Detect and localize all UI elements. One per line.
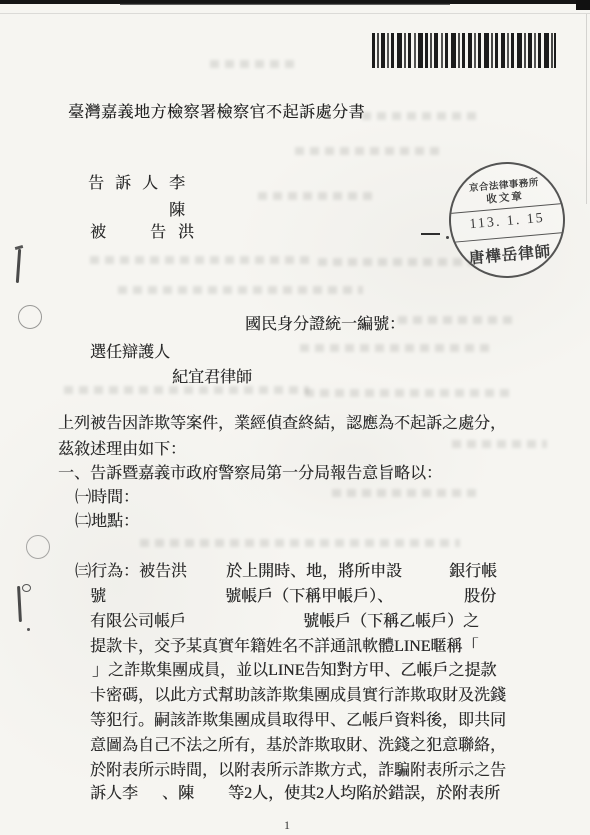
defendant-name: 洪 <box>178 224 194 241</box>
body-line: 卡密碼，以此方式幫助該詐欺集團成員實行詐欺取財及洗錢 <box>90 686 506 705</box>
scan-noise <box>64 386 309 394</box>
body-segment: 號 <box>90 587 106 606</box>
body-line: 上列被告因詐欺等案件，業經偵查終結，認應為不起訴之處分， <box>58 414 506 433</box>
complainant-row-1: 告訴人李 <box>88 174 185 193</box>
barcode <box>372 33 556 68</box>
counsel-label: 選任辯護人 <box>90 343 170 362</box>
scan-corner-mark <box>576 0 590 10</box>
scan-right-line <box>586 14 587 204</box>
scan-noise <box>210 60 300 68</box>
body-segment: 號帳戶（下稱甲帳戶）、 <box>225 587 393 606</box>
scan-noise <box>332 489 482 497</box>
body-line-redacted: 訴人李、陳等2人，使其2人均陷於錯誤，於附表所 <box>90 784 500 803</box>
stamp-date: 113. 1. 15 <box>451 209 564 235</box>
body-segment: 訴人李 <box>90 784 138 803</box>
scan-hairline <box>0 13 590 14</box>
scan-noise <box>362 112 482 120</box>
scan-noise <box>118 286 363 294</box>
body-line: 茲敘述理由如下： <box>58 440 186 459</box>
scan-noise <box>258 192 373 200</box>
page-number: 1 <box>284 818 290 833</box>
margin-pen-mark <box>27 628 30 631</box>
body-segment: 等2人，使其2人均陷於錯誤，於附表所 <box>228 784 500 803</box>
body-segment: 股份 <box>464 587 496 606</box>
body-segment: ㈢行為：被告洪 <box>75 562 187 581</box>
scan-noise <box>90 256 315 264</box>
punch-hole <box>26 535 50 559</box>
body-line-redacted: 號號帳戶（下稱甲帳戶）、股份 <box>90 587 496 606</box>
body-line: 於附表所示時間，以附表所示詐欺方式，詐騙附表所示之告 <box>90 761 506 780</box>
body-line: 」之詐欺集團成員，並以LINE告知對方甲、乙帳戶之提款 <box>92 661 496 680</box>
body-segment: 銀行帳 <box>449 562 497 581</box>
body-line: ㈠時間： <box>75 488 139 507</box>
body-line: 意圖為自己不法之所有，基於詐欺取財、洗錢之犯意聯絡， <box>90 736 506 755</box>
pen-dot-mark <box>446 236 449 239</box>
complainant-name-2: 陳 <box>169 202 185 219</box>
body-segment: 、陳 <box>162 784 194 803</box>
body-line-redacted: ㈢行為：被告洪於上開時、地，將所申設銀行帳 <box>75 562 497 581</box>
body-line: 提款卡，交予某真實年籍姓名不詳通訊軟體LINE暱稱「 <box>90 637 478 656</box>
scan-top-edge-shadow <box>120 3 450 5</box>
margin-pen-mark <box>22 584 31 592</box>
defendant-row: 被告洪 <box>90 223 194 242</box>
body-segment: 號帳戶（下稱乙帳戶）之 <box>303 612 479 631</box>
body-segment: 有限公司帳戶 <box>90 612 186 631</box>
pen-dash-mark <box>421 233 440 235</box>
margin-pen-mark <box>16 249 21 283</box>
scan-noise <box>305 389 510 397</box>
scan-noise <box>300 344 495 352</box>
counsel-name: 紀宜君律師 <box>172 368 252 387</box>
scanned-document-page: 臺灣嘉義地方檢察署檢察官不起訴處分書 告訴人李 陳 被告洪 國民身分證統一編號：… <box>0 0 590 835</box>
complainant-row-2: 陳 <box>169 201 185 220</box>
national-id-label: 國民身分證統一編號： <box>245 315 405 334</box>
scan-noise <box>452 440 547 448</box>
scan-noise <box>295 147 445 155</box>
body-line: 一、告訴暨嘉義市政府警察局第一分局報告意旨略以： <box>58 464 442 483</box>
body-line: 等犯行。嗣該詐欺集團成員取得甲、乙帳戶資料後，即共同 <box>90 711 506 730</box>
scan-noise <box>398 316 518 324</box>
complainant-name-1: 李 <box>169 175 185 192</box>
body-segment: 於上開時、地，將所申設 <box>226 562 402 581</box>
complainant-label: 告訴人 <box>88 175 169 192</box>
body-line-redacted: 有限公司帳戶號帳戶（下稱乙帳戶）之 <box>90 612 479 631</box>
body-line: ㈡地點： <box>75 512 139 531</box>
law-firm-receipt-stamp: 京合法律事務所 收文章 113. 1. 15 唐樺岳律師 <box>444 157 570 283</box>
margin-pen-mark <box>17 586 22 622</box>
document-title: 臺灣嘉義地方檢察署檢察官不起訴處分書 <box>68 103 365 122</box>
stamp-lawyer-name: 唐樺岳律師 <box>453 238 566 270</box>
scan-noise <box>140 539 460 547</box>
punch-hole <box>18 305 42 329</box>
